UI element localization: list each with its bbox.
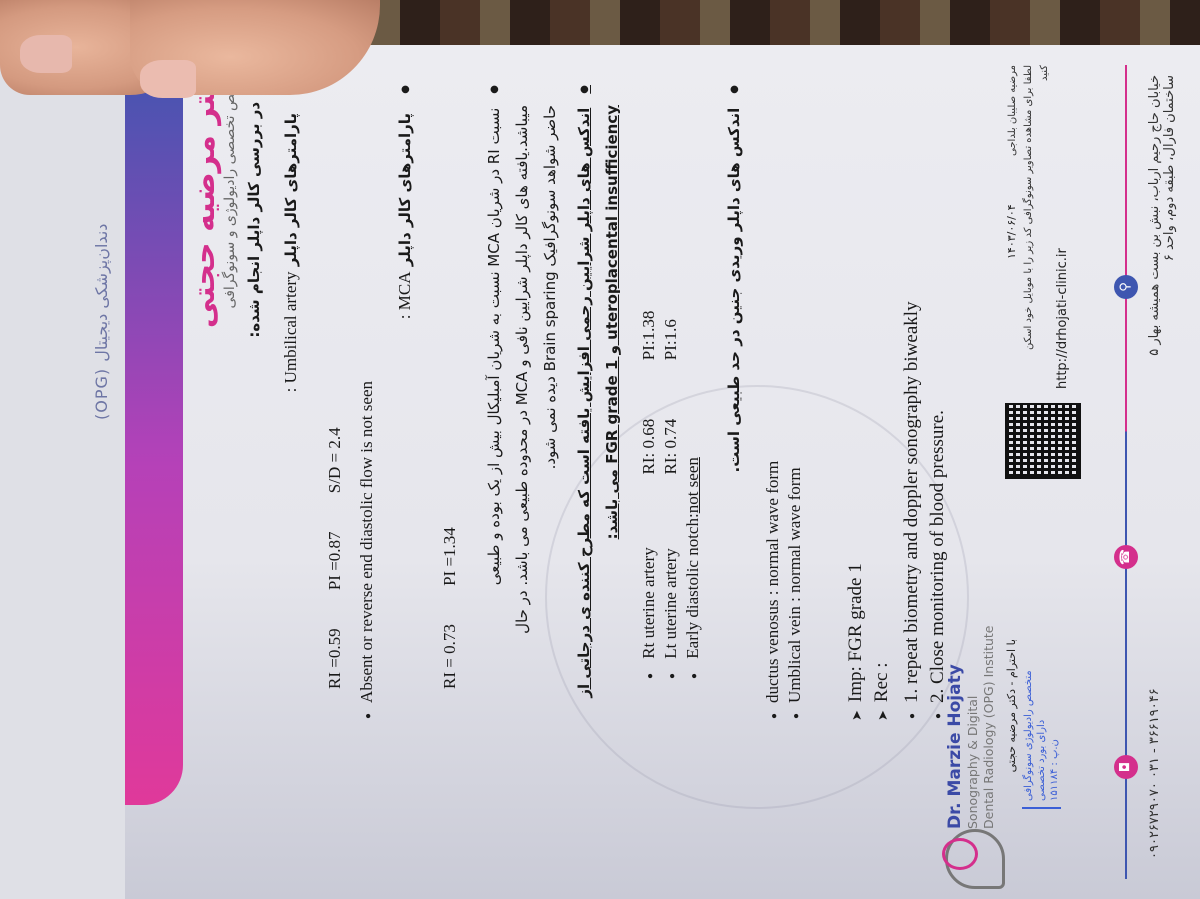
address-line-1: خیابان حاج رحیم ارباب، نبش بن بست همیشه …: [1147, 75, 1162, 356]
rec-label: ➤Rec :: [871, 663, 893, 729]
early-notch-row: Early diastolic notch:not seen: [683, 457, 703, 689]
patient-info: مرضیه صلیبان بلداجی لطفا برای مشاهده تصا…: [1005, 65, 1053, 365]
mca-values: RI = 0.73 PI =1.34: [440, 493, 460, 689]
impression: ➤Imp: FGR grade 1: [845, 563, 867, 729]
lt-uterine-row: Lt uterine artery RI: 0.74 PI:1.6: [661, 319, 681, 689]
lt-uterine-pi: PI:1.6: [661, 319, 681, 360]
arrow-icon: ➤: [875, 710, 890, 721]
umbilical-note: Absent or reverse end diastolic flow is …: [357, 381, 377, 729]
footer-address: خیابان حاج رحیم ارباب، نبش بن بست همیشه …: [1147, 75, 1177, 356]
arrow-icon: ➤: [849, 710, 864, 721]
footer-phones: ۰۹۰۲۶۷۲۹۰۷۰ ۰۳۱ - ۳۶۶۱۹۰۴۶: [1147, 688, 1162, 859]
phone-icon: ☎: [1114, 545, 1138, 569]
brand-english: Dr. Marzie Hojaty Sonography & Digital D…: [945, 569, 997, 829]
stamp-line: ۱۵۱۱۸۴ : ن.پ: [1048, 639, 1061, 801]
clinic-url[interactable]: http://drhojati-clinic.ir: [1055, 248, 1070, 389]
report-page: دکتر مرضیه حجتی متخصص تخصصی رادیولوژی و …: [125, 45, 1200, 899]
rec-label-text: Rec :: [871, 663, 892, 703]
uterine-heading-2: uteroplacental insufficiency و FGR grade…: [603, 105, 621, 539]
recommendation-1: 1. repeat biometry and doppler sonograph…: [901, 301, 923, 729]
doctor-stamp: متخصص رادیولوژی سونوگرافی دارای بورد تخص…: [1022, 639, 1061, 809]
umbilical-heading-en: Umbilical artery :: [281, 271, 300, 392]
umbilical-sd: S/D = 2.4: [325, 427, 345, 493]
mca-pi: PI =1.34: [440, 527, 460, 586]
clinic-subtitle-en-1: Sonography & Digital: [965, 569, 981, 829]
ratio-line-1: نسبت RI در شریان MCA نسبت به شریان آمبلی…: [485, 75, 503, 585]
clinic-name-en: Dr. Marzie Hojaty: [945, 569, 965, 829]
lt-uterine-label: Lt uterine artery: [661, 479, 681, 659]
stamp-line: دارای بورد تخصصی: [1035, 639, 1048, 801]
stamp-line: متخصص رادیولوژی سونوگرافی: [1022, 639, 1035, 801]
ratio-line-3: حاضر شواهد سونوگرافیک Brain sparing دیده…: [541, 105, 559, 469]
fingernail: [20, 35, 72, 73]
instagram-icon: ◘: [1114, 755, 1138, 779]
mca-ri: RI = 0.73: [440, 624, 460, 689]
ratio-line-2: میباشد.یافته های کالر داپلر شرایین نافی …: [513, 105, 531, 634]
back-sheet: (OPG) دندان‌پزشکی دیجیتال: [0, 60, 132, 899]
back-sheet-text: (OPG) دندان‌پزشکی دیجیتال: [92, 60, 116, 420]
early-notch-label: Early diastolic notch:: [683, 513, 702, 658]
clinic-logo-icon: [945, 829, 1005, 889]
address-line-2: ساختمان فارال، طبقه دوم، واحد ۶: [1162, 75, 1177, 356]
umbilical-values: RI =0.59 PI =0.87 S/D = 2.4: [325, 393, 345, 689]
rt-uterine-ri: RI: 0.68: [639, 364, 659, 474]
brand-persian: دکتر مرضیه حجتی متخصص تخصصی رادیولوژی و …: [187, 61, 238, 328]
fingernail: [140, 60, 196, 98]
umbilical-pi: PI =0.87: [325, 531, 345, 590]
intro-line: ➤در بررسی کالر داپلر انجام شده:: [245, 75, 263, 338]
signature-title: با احترام - دکتر مرضیه حجتی: [1005, 639, 1018, 809]
rt-uterine-label: Rt uterine artery: [639, 479, 659, 659]
clinic-subtitle-fa: متخصص تخصصی رادیولوژی و سونوگرافی: [222, 61, 238, 328]
umbilical-ri: RI =0.59: [325, 628, 345, 689]
impression-text: Imp: FGR grade 1: [845, 563, 866, 702]
lt-uterine-ri: RI: 0.74: [661, 364, 681, 474]
clinic-name-fa: دکتر مرضیه حجتی: [187, 61, 222, 328]
mca-heading-en: MCA :: [395, 271, 414, 319]
signature-block: با احترام - دکتر مرضیه حجتی متخصص رادیول…: [1005, 639, 1095, 809]
ductus-venosus: ductus venosus : normal wave form: [763, 461, 783, 729]
header-band: [125, 45, 183, 805]
rt-uterine-row: Rt uterine artery RI: 0.68 PI:1.38: [639, 311, 659, 689]
clinic-subtitle-en-2: Dental Radiology (OPG) Institute: [981, 569, 997, 829]
intro-text: در بررسی کالر داپلر انجام شده:: [245, 102, 263, 338]
location-pin-icon: ⚲: [1114, 275, 1138, 299]
report-page-container: دکتر مرضیه حجتی متخصص تخصصی رادیولوژی و …: [125, 45, 1200, 899]
qr-note: لطفا برای مشاهده تصاویر سونوگرافی کد زیر…: [1021, 65, 1053, 365]
umbilical-vein: Umblical vein : normal wave form: [785, 467, 805, 729]
mca-heading: پارامترهای کالر داپلر MCA :: [395, 75, 415, 319]
rt-uterine-pi: PI:1.38: [639, 311, 659, 361]
mca-heading-fa: پارامترهای کالر داپلر: [396, 113, 414, 266]
venous-heading: اندکس های داپلر وریدی جنین در حد طبیعی ا…: [725, 75, 743, 472]
early-notch-value: not seen: [683, 457, 702, 513]
umbilical-heading: پارامترهای کالر داپلر Umbilical artery :: [281, 75, 301, 392]
umbilical-heading-fa: پارامترهای کالر داپلر: [282, 113, 300, 266]
qr-code[interactable]: [1005, 403, 1081, 479]
uterine-heading-1: اندکس های داپلر شرایین رحمی افزایش یافته…: [575, 75, 593, 698]
patient-name: مرضیه صلیبان بلداجی: [1005, 65, 1021, 365]
